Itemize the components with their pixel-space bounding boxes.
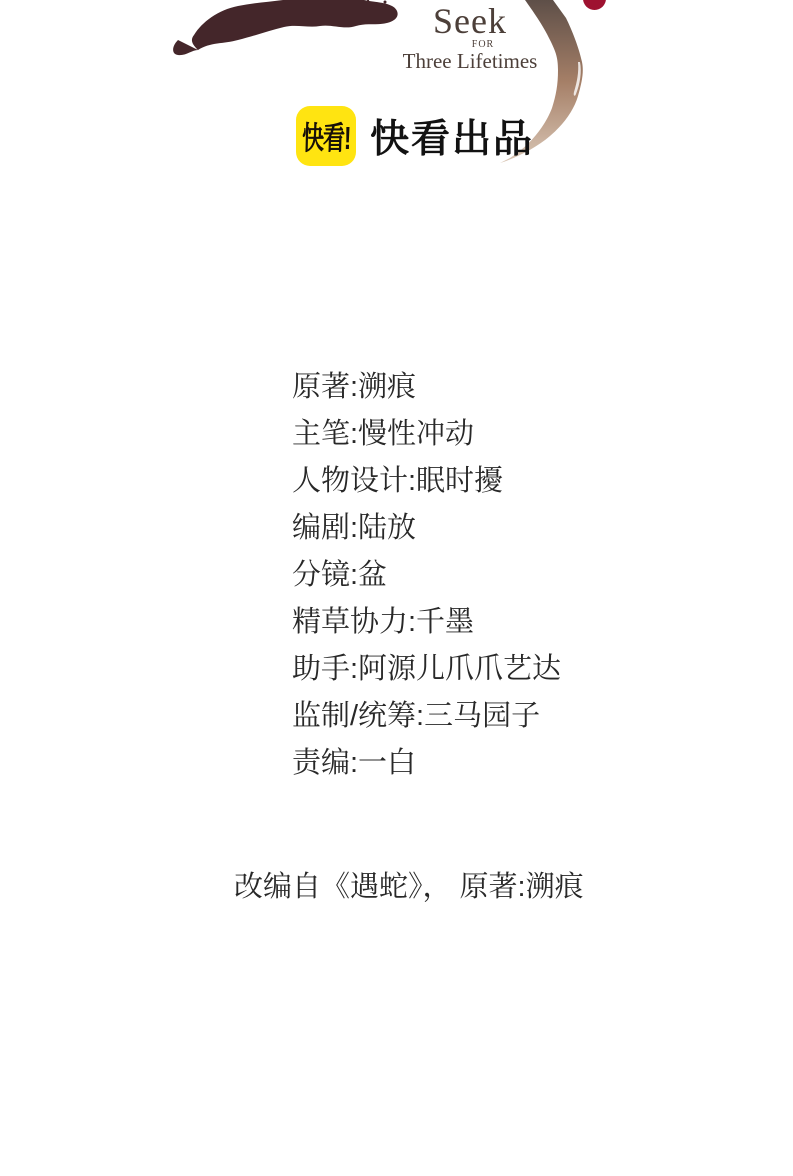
credit-line-character-design: 人物设计:眠时擾 <box>292 458 561 505</box>
credit-line-storyboard: 分镜:盆 <box>292 552 561 599</box>
title-for: FOR <box>400 40 540 49</box>
english-title: Seek FOR Three Lifetimes <box>400 3 540 73</box>
title-three-lifetimes: Three Lifetimes <box>400 49 540 73</box>
kuaikan-logo-icon: 快看! <box>296 106 356 166</box>
publisher-label: 快看出品 <box>370 108 534 164</box>
brush-stroke-icon <box>168 0 403 62</box>
kuaikan-logo-text: 快看! <box>301 114 350 159</box>
credit-line-assistants: 助手:阿源儿爪爪艺达 <box>292 646 561 693</box>
credit-line-lead-artist: 主笔:慢性冲动 <box>292 411 561 458</box>
credit-line-screenwriter: 编剧:陆放 <box>292 505 561 552</box>
credit-line-editor: 责编:一白 <box>292 740 561 787</box>
credits-list: 原著:溯痕 主笔:慢性冲动 人物设计:眠时擾 编剧:陆放 分镜:盆 精草协力:千… <box>292 364 561 787</box>
publisher-row: 快看! 快看出品 <box>296 106 534 166</box>
credit-line-original-author: 原著:溯痕 <box>292 364 561 411</box>
comic-credits-page: Seek FOR Three Lifetimes 快看! 快看出品 原著:溯痕 … <box>0 0 793 1176</box>
title-seek: Seek <box>400 3 540 40</box>
adaptation-note: 改编自《遇蛇》， 原著:溯痕 <box>234 864 584 905</box>
credit-line-draft-assist: 精草协力:千墨 <box>292 599 561 646</box>
credit-line-supervisor: 监制/统筹:三马园子 <box>292 693 561 740</box>
